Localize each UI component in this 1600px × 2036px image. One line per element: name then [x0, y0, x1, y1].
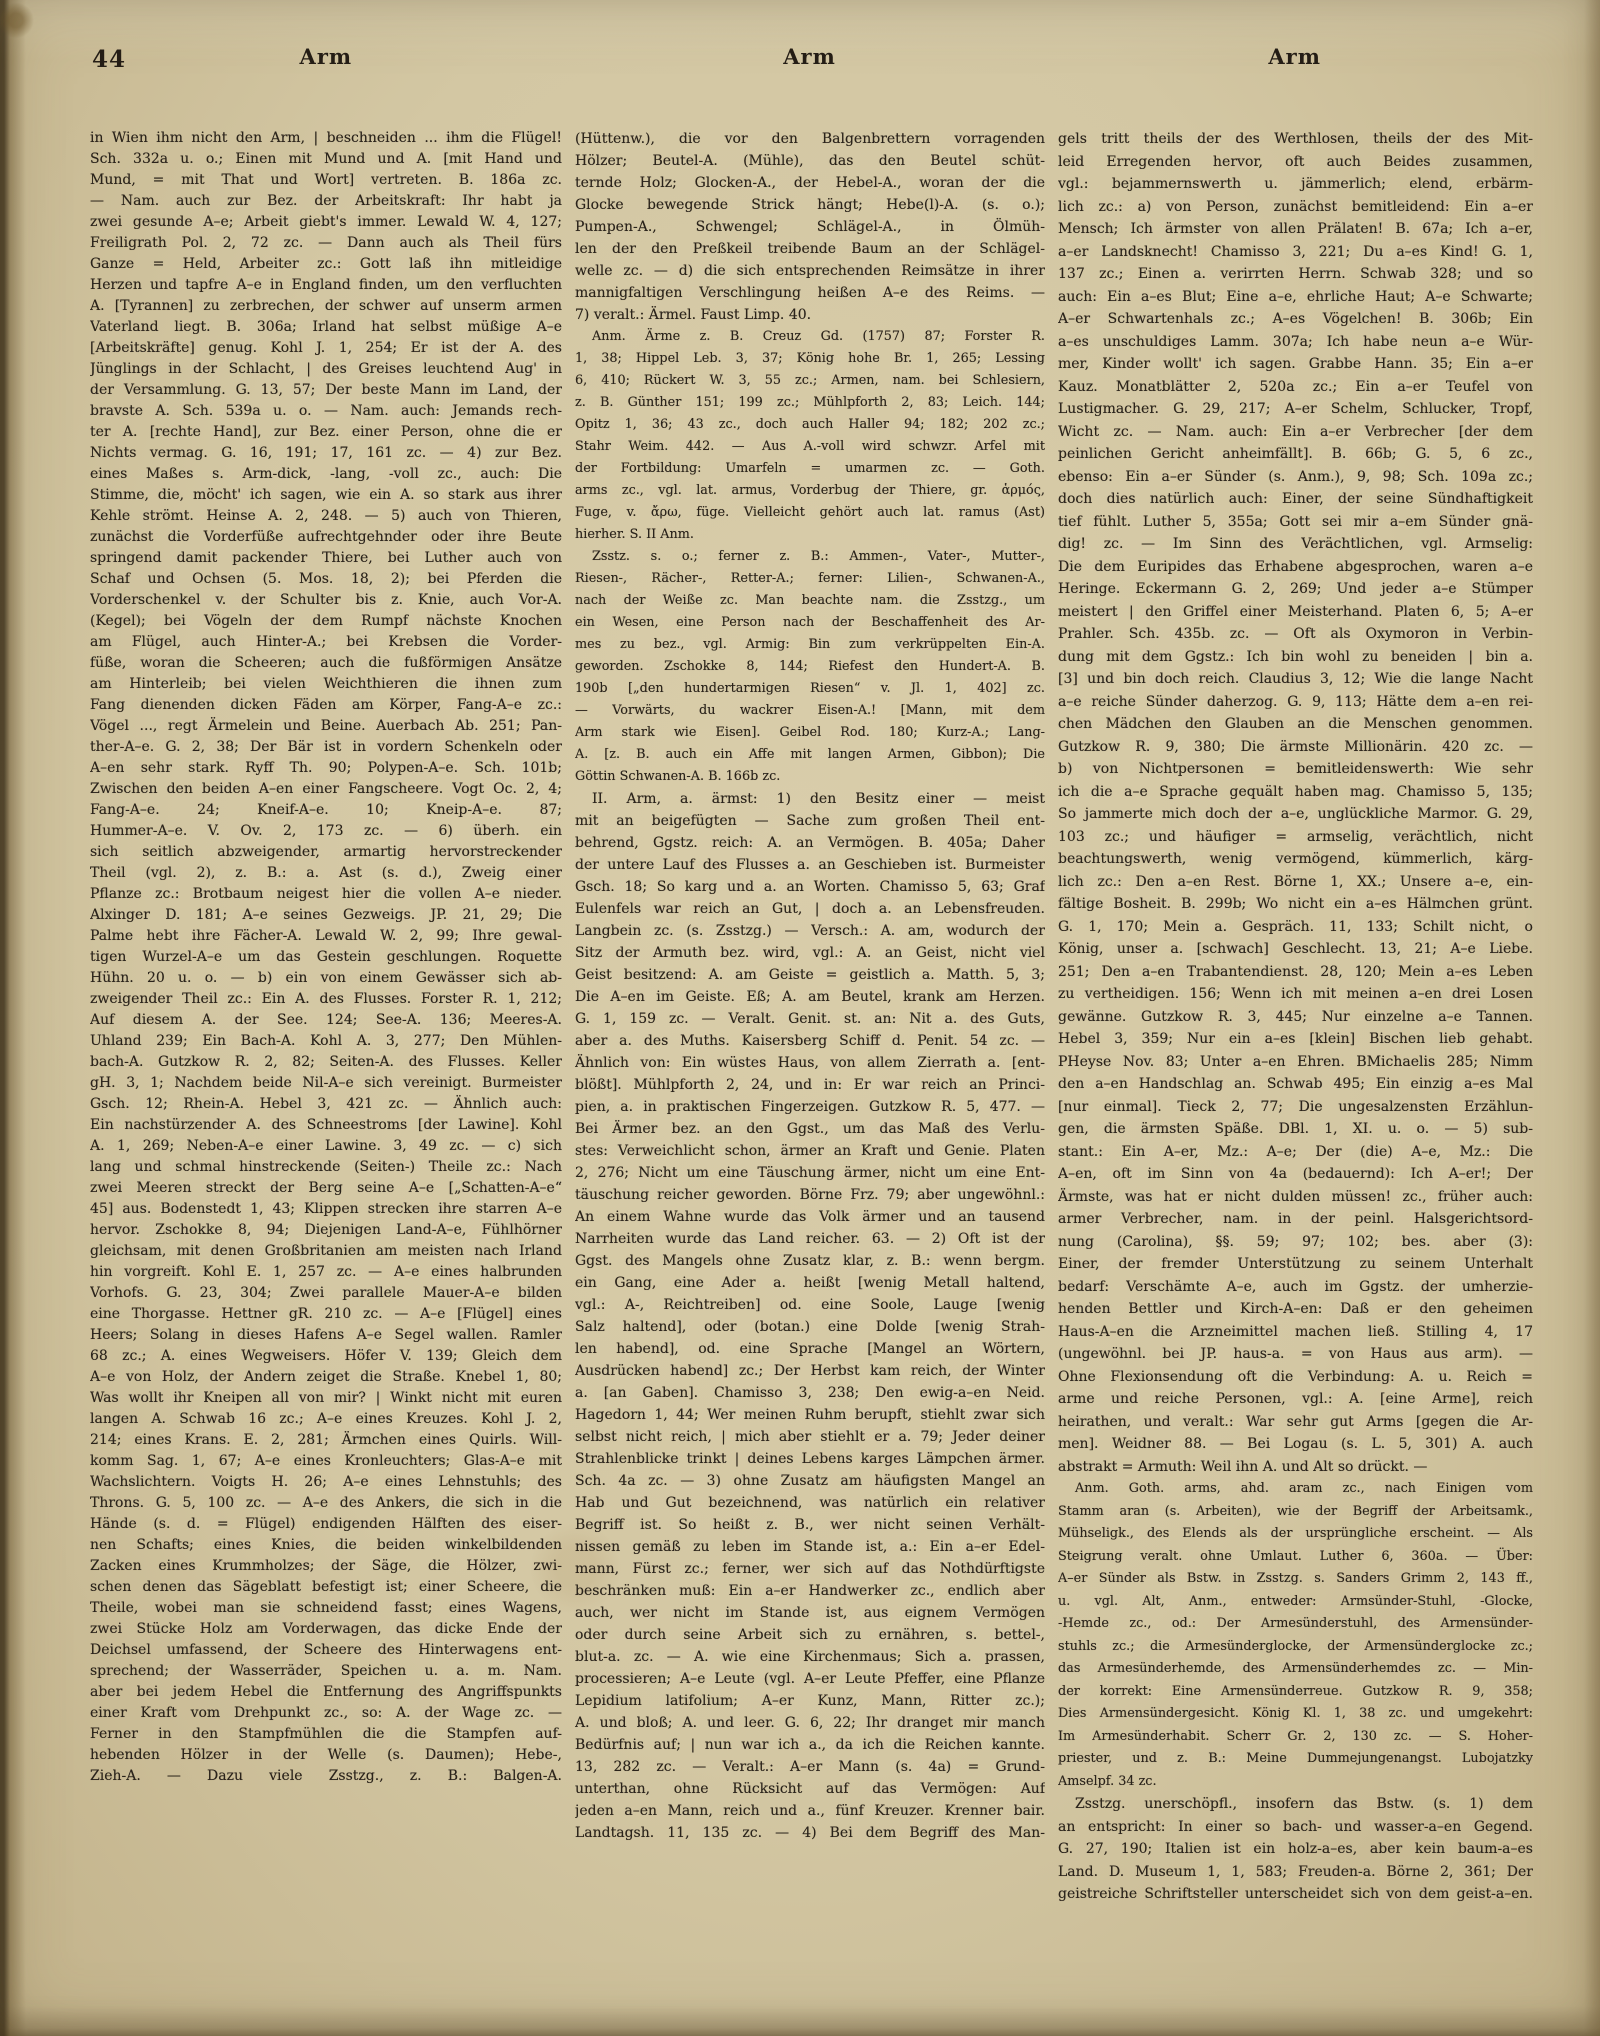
- text-line: ein Gang, eine Ader a. heißt [wenig Meta…: [575, 1272, 1045, 1294]
- text-line: A–en sehr stark. Ryff Th. 90; Polypen-A–…: [90, 758, 562, 779]
- text-line: peinlichen Gericht anheimfällt]. B. 66b;…: [1058, 443, 1533, 466]
- text-line: einer Kraft vom Drehpunkt zc., so: A. de…: [90, 1703, 562, 1724]
- text-line: -Hemde zc., od.: Der Armesünderstuhl, de…: [1058, 1613, 1533, 1636]
- text-line: fältige Bosheit. B. 299b; Wo nicht ein a…: [1058, 893, 1533, 916]
- text-line: An einem Wahne wurde das Volk ärmer und …: [575, 1206, 1045, 1228]
- text-line: Herzen und tapfre A–e in England finden,…: [90, 275, 562, 296]
- text-line: 1, 38; Hippel Leb. 3, 37; König hohe Br.…: [575, 348, 1045, 370]
- text-line: G. 1, 170; Mein a. Gespräch. 11, 133; Sc…: [1058, 916, 1533, 939]
- text-line: G. 1, 159 zc. — Veralt. Genit. st. an: N…: [575, 1008, 1045, 1030]
- text-line: Vorderschenkel v. der Schulter bis z. Kn…: [90, 590, 562, 611]
- text-line: b) von Nichtpersonen = bemitleidenswerth…: [1058, 758, 1533, 781]
- text-column-2: (Hüttenw.), die vor den Balgenbrettern v…: [575, 128, 1045, 1906]
- text-line: A–e von Holz, der Andern zeiget die Stra…: [90, 1367, 562, 1388]
- text-line: PHeyse Nov. 83; Unter a–en Ehren. BMicha…: [1058, 1051, 1533, 1074]
- text-line: Bedürfnis auf; | nun war ich a., da ich …: [575, 1734, 1045, 1756]
- text-line: springend damit packender Thiere, bei Lu…: [90, 548, 562, 569]
- text-line: komm Sag. 1, 67; A–e eines Kronleuchters…: [90, 1451, 562, 1472]
- text-line: zunächst die Vorderfüße aufrechtgehnder …: [90, 527, 562, 548]
- text-line: mit an beigefügten — Sache zum großen Th…: [575, 810, 1045, 832]
- text-line: behrend, Ggstz. reich: A. an Vermögen. B…: [575, 832, 1045, 854]
- text-line: Theil (vgl. 2), z. B.: a. Ast (s. d.), Z…: [90, 863, 562, 884]
- text-line: auch: Ein a–es Blut; Eine a–e, ehrliche …: [1058, 286, 1533, 309]
- text-line: arms zc., vgl. lat. armus, Vorderbug der…: [575, 480, 1045, 502]
- text-line: Steigrung veralt. ohne Umlaut. Luther 6,…: [1058, 1546, 1533, 1569]
- text-line: bravste A. Sch. 539a u. o. — Nam. auch: …: [90, 401, 562, 422]
- text-line: Göttin Schwanen-A. B. 166b zc.: [575, 766, 1045, 788]
- text-line: Alxinger D. 181; A–e seines Gezweigs. JP…: [90, 905, 562, 926]
- text-line: zwei Stücke Holz am Vorderwagen, das dic…: [90, 1619, 562, 1640]
- text-line: [3] und bin doch reich. Claudius 3, 12; …: [1058, 668, 1533, 691]
- text-line: gleichsam, mit denen Großbritanien am me…: [90, 1241, 562, 1262]
- text-line: 6, 410; Rückert W. 3, 55 zc.; Armen, nam…: [575, 370, 1045, 392]
- text-line: mann, Fürst zc.; ferner, wer sich auf da…: [575, 1558, 1045, 1580]
- paragraph: gels tritt theils der des Werthlosen, th…: [1058, 128, 1533, 1478]
- text-line: in Wien ihm nicht den Arm, | beschneiden…: [90, 128, 562, 149]
- text-line: vgl.: A-, Reichtreiben] od. eine Soole, …: [575, 1294, 1045, 1316]
- text-line: Die A–en im Geiste. Eß; A. am Beutel, kr…: [575, 986, 1045, 1008]
- text-line: tigen Wurzel-A–e um das Gestein geschlun…: [90, 947, 562, 968]
- text-line: Deichsel umfassend, der Scheere des Hint…: [90, 1640, 562, 1661]
- text-line: Zacken eines Krummholzes; der Säge, die …: [90, 1556, 562, 1577]
- text-line: a. [an Gaben]. Chamisso 3, 238; Den ewig…: [575, 1382, 1045, 1404]
- text-line: der korrekt: Eine Armensünderreue. Gutzk…: [1058, 1681, 1533, 1704]
- text-line: Wachslichtern. Voigts H. 26; A–e eines L…: [90, 1472, 562, 1493]
- text-line: Langbein zc. (s. Zsstzg.) — Versch.: A. …: [575, 920, 1045, 942]
- text-line: Fang dienenden dicken Fäden am Körper, F…: [90, 695, 562, 716]
- text-line: Heers; Solang in dieses Hafens A–e Segel…: [90, 1325, 562, 1346]
- text-line: Palme hebt ihre Fächer-A. Lewald W. 2, 9…: [90, 926, 562, 947]
- text-line: heirathen, und veralt.: War sehr gut Arm…: [1058, 1411, 1533, 1434]
- text-line: der untere Lauf des Flusses a. an Geschi…: [575, 854, 1045, 876]
- text-line: selbst nicht reich, | mich aber stiehlt …: [575, 1426, 1045, 1448]
- text-line: a–er Landsknecht! Chamisso 3, 221; Du a–…: [1058, 241, 1533, 264]
- text-line: Riesen-, Rächer-, Retter-A.; ferner: Lil…: [575, 568, 1045, 590]
- text-line: Strahlenblicke trinkt | deines Lebens ka…: [575, 1448, 1045, 1470]
- text-line: (Kegel); bei Vögeln der dem Rumpf nächst…: [90, 611, 562, 632]
- text-column-1: in Wien ihm nicht den Arm, | beschneiden…: [90, 128, 562, 1906]
- text-line: Sch. 332a u. o.; Einen mit Mund und A. […: [90, 149, 562, 170]
- text-line: Sch. 4a zc. — 3) ohne Zusatz am häufigst…: [575, 1470, 1045, 1492]
- text-line: ebenso: Ein a–er Sünder (s. Anm.), 9, 98…: [1058, 466, 1533, 489]
- text-line: Hagedorn 1, 44; Wer meinen Ruhm berupft,…: [575, 1404, 1045, 1426]
- text-line: 103 zc.; und häufiger = armselig, veräch…: [1058, 826, 1533, 849]
- text-line: Fang-A–e. 24; Kneif-A–e. 10; Kneip-A–e. …: [90, 800, 562, 821]
- text-columns: in Wien ihm nicht den Arm, | beschneiden…: [90, 128, 1533, 1906]
- text-line: a–e reiche Sünder daherzog. G. 9, 113; H…: [1058, 691, 1533, 714]
- text-line: blut-a. zc. — A. wie eine Kirchenmaus; S…: [575, 1646, 1045, 1668]
- text-line: Einer, der fremder Unterstützung zu sein…: [1058, 1253, 1533, 1276]
- text-line: Vaterland liegt. B. 306a; Irland hat sel…: [90, 317, 562, 338]
- text-line: bach-A. Gutzkow R. 2, 82; Seiten-A. des …: [90, 1052, 562, 1073]
- text-line: mer, Kinder wollt' ich sagen. Grabbe Han…: [1058, 353, 1533, 376]
- text-line: füße, woran die Scheeren; auch die fußfö…: [90, 653, 562, 674]
- text-line: gewänne. Gutzkow R. 3, 445; Nur einzelne…: [1058, 1006, 1533, 1029]
- text-line: gels tritt theils der des Werthlosen, th…: [1058, 128, 1533, 151]
- text-line: aber bei jedem Hebel die Entfernung des …: [90, 1682, 562, 1703]
- paragraph: Zsstz. s. o.; ferner z. B.: Ammen-, Vate…: [575, 546, 1045, 788]
- text-line: Vögel ..., regt Ärmelein und Beine. Auer…: [90, 716, 562, 737]
- text-line: beachtungswerth, wenig vermögend, kümmer…: [1058, 848, 1533, 871]
- paragraph: II. Arm, a. ärmst: 1) den Besitz einer —…: [575, 788, 1045, 1844]
- text-line: armer Verbrecher, nam. in der peinl. Hal…: [1058, 1208, 1533, 1231]
- text-line: hervor. Zschokke 8, 94; Diejenigen Land-…: [90, 1220, 562, 1241]
- text-line: lich zc.: Den a–en Rest. Börne 1, XX.; U…: [1058, 871, 1533, 894]
- text-line: Stimme, die, möcht' ich sagen, wie ein A…: [90, 485, 562, 506]
- paragraph: in Wien ihm nicht den Arm, | beschneiden…: [90, 128, 562, 1787]
- text-line: aber a. des Muths. Kaisersberg Schiff d.…: [575, 1030, 1045, 1052]
- text-line: König, unser a. [schwach] Geschlecht. 13…: [1058, 938, 1533, 961]
- text-line: Hölzer; Beutel-A. (Mühle), das den Beute…: [575, 150, 1045, 172]
- text-line: Pumpen-A., Schwengel; Schlägel-A., in Öl…: [575, 216, 1045, 238]
- text-line: Opitz 1, 36; 43 zc., doch auch Haller 94…: [575, 414, 1045, 436]
- text-line: 68 zc.; A. eines Wegweisers. Höfer V. 13…: [90, 1346, 562, 1367]
- text-line: vgl.: bejammernswerth u. jämmerlich; ele…: [1058, 173, 1533, 196]
- text-line: sprechend; der Wasserräder, Speichen u. …: [90, 1661, 562, 1682]
- text-line: nissen gemäß zu leben im Stande ist, a.:…: [575, 1536, 1045, 1558]
- text-line: Gsch. 18; So karg und a. an Worten. Cham…: [575, 876, 1045, 898]
- text-line: Auf diesem A. der See. 124; See-A. 136; …: [90, 1010, 562, 1031]
- text-line: Landtagsh. 11, 135 zc. — 4) Bei dem Begr…: [575, 1822, 1045, 1844]
- text-line: 7) veralt.: Ärmel. Faust Limp. 40.: [575, 304, 1045, 326]
- text-line: Pflanze zc.: Brotbaum neigest hier die v…: [90, 884, 562, 905]
- text-line: Sitz der Armuth bez. wird, vgl.: A. an G…: [575, 942, 1045, 964]
- text-line: ter A. [rechte Hand], zur Bez. einer Per…: [90, 422, 562, 443]
- text-line: Begriff ist. So heißt z. B., wer nicht s…: [575, 1514, 1045, 1536]
- text-line: stant.: Ein A–er, Mz.: A–e; Der (die) A–…: [1058, 1141, 1533, 1164]
- text-line: Freiligrath Pol. 2, 72 zc. — Dann auch a…: [90, 233, 562, 254]
- text-line: an entspricht: In einer so bach- und was…: [1058, 1816, 1533, 1839]
- text-line: Mensch; Ich ärmster von allen Prälaten! …: [1058, 218, 1533, 241]
- scanned-dictionary-page: 44 Arm Arm Arm in Wien ihm nicht den Arm…: [0, 0, 1600, 2036]
- text-line: Zsstzg. unerschöpfl., insofern das Bstw.…: [1058, 1793, 1533, 1816]
- text-line: Fuge, v. ἄρω, füge. Vielleicht gehört au…: [575, 502, 1045, 524]
- text-line: der Versammlung. G. 13, 57; Der beste Ma…: [90, 380, 562, 401]
- text-line: Kehle strömt. Heinse A. 2, 248. — 5) auc…: [90, 506, 562, 527]
- text-line: jeden a–en Mann, reich und a., fünf Kreu…: [575, 1800, 1045, 1822]
- text-line: bedarf: Verschämte A–e, auch im Ggstz. d…: [1058, 1276, 1533, 1299]
- text-line: ternde Holz; Glocken-A., der Hebel-A., w…: [575, 172, 1045, 194]
- text-line: zwei Meeren streckt der Berg seine A–e […: [90, 1178, 562, 1199]
- text-line: men]. Weidner 88. — Bei Logau (s. L. 5, …: [1058, 1433, 1533, 1456]
- text-line: Throns. G. 5, 100 zc. — A–e des Ankers, …: [90, 1493, 562, 1514]
- text-line: Ähnlich von: Ein wüstes Haus, von allem …: [575, 1052, 1045, 1074]
- text-line: dung mit dem Ggstz.: Ich bin wohl zu ben…: [1058, 646, 1533, 669]
- text-line: A–en, oft im Sinn von 4a (bedauernd): Ic…: [1058, 1163, 1533, 1186]
- text-line: Eulenfels war reich an Gut, | doch a. an…: [575, 898, 1045, 920]
- text-line: lang und schmal hinstreckende (Seiten-) …: [90, 1157, 562, 1178]
- text-line: Ein nachstürzender A. des Schneestroms […: [90, 1115, 562, 1136]
- text-line: unterthan, ohne Rücksicht auf das Vermög…: [575, 1778, 1045, 1800]
- text-line: lich zc.: a) von Person, zunächst bemitl…: [1058, 196, 1533, 219]
- text-line: A. 1, 269; Neben-A–e einer Lawine. 3, 49…: [90, 1136, 562, 1157]
- text-line: der Fortbildung: Umarfeln = umarmen zc. …: [575, 458, 1045, 480]
- text-line: henden Bettler und Kirch-A–en: Daß er de…: [1058, 1298, 1533, 1321]
- text-line: nung (Carolina), §§. 59; 97; 102; bes. a…: [1058, 1231, 1533, 1254]
- text-line: Nichts vermag. G. 16, 191; 17, 161 zc. —…: [90, 443, 562, 464]
- text-line: Im Armesünderhabit. Scherr Gr. 2, 130 zc…: [1058, 1726, 1533, 1749]
- text-line: zu vertheidigen. 156; Wenn ich mit meine…: [1058, 983, 1533, 1006]
- text-line: Vorhofs. G. 23, 304; Zwei parallele Maue…: [90, 1283, 562, 1304]
- text-line: 251; Den a–en Trabantendienst. 28, 120; …: [1058, 961, 1533, 984]
- text-line: stuhls zc.; die Armesünderglocke, der Ar…: [1058, 1636, 1533, 1659]
- text-line: Heringe. Eckermann G. 2, 269; Und jeder …: [1058, 578, 1533, 601]
- text-line: tief fühlt. Luther 5, 355a; Gott sei mir…: [1058, 511, 1533, 534]
- text-line: stes: Verweichlicht schon, ärmer an Kraf…: [575, 1140, 1045, 1162]
- text-line: [Arbeitskräfte] genug. Kohl J. 1, 254; E…: [90, 338, 562, 359]
- text-line: meistert | den Griffel einer Meisterhand…: [1058, 601, 1533, 624]
- text-line: u. vgl. Alt, Anm., entweder: Armsünder-S…: [1058, 1591, 1533, 1614]
- text-line: abstrakt = Armuth: Weil ihn A. und Alt s…: [1058, 1456, 1533, 1479]
- text-line: nach der Weiße zc. Man beachte nam. die …: [575, 590, 1045, 612]
- text-line: das Armesünderhemde, des Armensünderhemd…: [1058, 1658, 1533, 1681]
- text-line: ther-A–e. G. 2, 38; Der Bär ist in vorde…: [90, 737, 562, 758]
- text-line: hebenden Hölzer in der Welle (s. Daumen)…: [90, 1745, 562, 1766]
- text-line: Prahler. Sch. 435b. zc. — Oft als Oxymor…: [1058, 623, 1533, 646]
- text-line: 190b [„den hundertarmigen Riesen“ v. Jl.…: [575, 678, 1045, 700]
- text-line: Zwischen den beiden A–en einer Fangschee…: [90, 779, 562, 800]
- text-line: A–er Schwartenhals zc.; A–es Vögelchen! …: [1058, 308, 1533, 331]
- text-line: Ferner in den Stampfmühlen die die Stamp…: [90, 1724, 562, 1745]
- text-line: pien, a. in praktischen Fingerzeigen. Gu…: [575, 1096, 1045, 1118]
- text-line: zwei gesunde A–e; Arbeit giebt's immer. …: [90, 212, 562, 233]
- text-line: Theile, wobei man sie schneidend fasst; …: [90, 1598, 562, 1619]
- text-line: Anm. Goth. arms, ahd. aram zc., nach Ein…: [1058, 1478, 1533, 1501]
- text-line: Zieh-A. — Dazu viele Zsstzg., z. B.: Bal…: [90, 1766, 562, 1787]
- text-line: Ggst. des Mangels ohne Zusatz klar, z. B…: [575, 1250, 1045, 1272]
- text-line: Hab und Gut bezeichnend, was natürlich e…: [575, 1492, 1045, 1514]
- text-line: auch, wer nicht im Stande ist, aus eigne…: [575, 1602, 1045, 1624]
- text-line: oder durch seine Arbeit sich zu ernähren…: [575, 1624, 1045, 1646]
- text-line: Dies Armensündergesicht. König Kl. 1, 38…: [1058, 1703, 1533, 1726]
- text-line: sich seitlich abzweigender, armartig her…: [90, 842, 562, 863]
- text-line: — Vorwärts, du wackrer Eisen-A.! [Mann, …: [575, 700, 1045, 722]
- text-line: geworden. Zschokke 8, 144; Riefest den H…: [575, 656, 1045, 678]
- text-line: Glocke bewegende Strick hängt; Hebe(l)-A…: [575, 194, 1045, 216]
- text-line: Kauz. Monatblätter 2, 520a zc.; Ein a–er…: [1058, 376, 1533, 399]
- text-line: Stahr Weim. 442. — Aus A.-voll wird schw…: [575, 436, 1045, 458]
- text-line: len der den Preßkeil treibende Baum an d…: [575, 238, 1045, 260]
- text-line: priester, und z. B.: Meine Dummejungenan…: [1058, 1748, 1533, 1771]
- running-head-column-3: Arm: [1057, 44, 1532, 69]
- text-line: 45] aus. Bodenstedt 1, 43; Klippen strec…: [90, 1199, 562, 1220]
- text-line: II. Arm, a. ärmst: 1) den Besitz einer —…: [575, 788, 1045, 810]
- text-column-3: gels tritt theils der des Werthlosen, th…: [1058, 128, 1533, 1906]
- text-line: gen, die ärmsten Späße. DBl. 1, XI. u. o…: [1058, 1118, 1533, 1141]
- text-line: Anm. Ärme z. B. Creuz Gd. (1757) 87; For…: [575, 326, 1045, 348]
- text-line: eines Maßes s. Arm-dick, -lang, -voll zc…: [90, 464, 562, 485]
- text-line: hierher. S. II Anm.: [575, 524, 1045, 546]
- text-line: [nur einmal]. Tieck 2, 77; Die ungesalze…: [1058, 1096, 1533, 1119]
- text-line: len habend], od. eine Sprache [Mangel an…: [575, 1338, 1045, 1360]
- page-header: 44 Arm Arm Arm: [90, 44, 1532, 78]
- text-line: blößt]. Mühlpforth 2, 24, und in: Er war…: [575, 1074, 1045, 1096]
- text-line: Ärmste, was hat er nicht dulden müssen! …: [1058, 1186, 1533, 1209]
- text-line: Land. D. Museum 1, 1, 583; Freuden-a. Bö…: [1058, 1861, 1533, 1884]
- text-line: Mund, = mit That und Wort] vertreten. B.…: [90, 170, 562, 191]
- text-line: welle zc. — d) die sich entsprechenden R…: [575, 260, 1045, 282]
- text-line: Schaf und Ochsen (5. Mos. 18, 2); bei Pf…: [90, 569, 562, 590]
- text-line: hin vorgreift. Kohl E. 1, 257 zc. — A–e …: [90, 1262, 562, 1283]
- text-line: ich die a–e Sprache gequält haben mag. C…: [1058, 781, 1533, 804]
- text-line: zweigender Theil zc.: Ein A. des Flusses…: [90, 989, 562, 1010]
- text-line: Hühn. 20 u. o. — b) ein von einem Gewäss…: [90, 968, 562, 989]
- text-line: Geist besitzend: A. am Geiste = geistlic…: [575, 964, 1045, 986]
- paragraph: Anm. Ärme z. B. Creuz Gd. (1757) 87; For…: [575, 326, 1045, 546]
- text-line: Amselpf. 34 zc.: [1058, 1771, 1533, 1794]
- text-line: Wicht zc. — Nam. auch: Ein a–er Verbrech…: [1058, 421, 1533, 444]
- text-line: am Hinterleib; bei vielen Weichthieren d…: [90, 674, 562, 695]
- text-line: Bei Ärmer bez. an den Ggst., um das Maß …: [575, 1118, 1045, 1140]
- text-line: Haus-A–en die Arzneimittel machen ließ. …: [1058, 1321, 1533, 1344]
- text-line: 214; eines Krans. E. 2, 281; Ärmchen ein…: [90, 1430, 562, 1451]
- text-line: mes zu bez., vgl. Armig: Bin zum verkrüp…: [575, 634, 1045, 656]
- text-line: z. B. Günther 151; 199 zc.; Mühlpforth 2…: [575, 392, 1045, 414]
- running-head-column-1: Arm: [90, 44, 562, 69]
- text-line: doch dies natürlich auch: Einer, der sei…: [1058, 488, 1533, 511]
- text-line: arme und reiche Personen, vgl.: A. [eine…: [1058, 1388, 1533, 1411]
- text-line: 137 zc.; Einen a. verirrten Herrn. Schwa…: [1058, 263, 1533, 286]
- text-line: chen Mädchen den Glauben an die Menschen…: [1058, 713, 1533, 736]
- paragraph: (Hüttenw.), die vor den Balgenbrettern v…: [575, 128, 1045, 326]
- running-heads: Arm Arm Arm: [90, 44, 1532, 69]
- text-line: geistreiche Schriftsteller unterscheidet…: [1058, 1883, 1533, 1906]
- text-line: am Flügel, auch Hinter-A.; bei Krebsen d…: [90, 632, 562, 653]
- text-line: A. [z. B. auch ein Affe mit langen Armen…: [575, 744, 1045, 766]
- text-line: Narrheiten wurde das Land reicher. 63. —…: [575, 1228, 1045, 1250]
- text-line: Hände (s. d. = Flügel) endigenden Hälfte…: [90, 1514, 562, 1535]
- text-line: Gutzkow R. 9, 380; Die ärmste Millionäri…: [1058, 736, 1533, 759]
- text-line: mannigfaltigen Verschlingung heißen A–e …: [575, 282, 1045, 304]
- text-line: täuschung reicher geworden. Börne Frz. 7…: [575, 1184, 1045, 1206]
- text-line: Salz haltend], oder (botan.) eine Dolde …: [575, 1316, 1045, 1338]
- text-line: A–er Sünder als Bstw. in Zsstzg. s. Sand…: [1058, 1568, 1533, 1591]
- text-line: 13, 282 zc. — Veralt.: A–er Mann (s. 4a)…: [575, 1756, 1045, 1778]
- text-line: Arm stark wie Eisen]. Geibel Rod. 180; K…: [575, 722, 1045, 744]
- text-line: den a–en Handschlag an. Schwab 495; Ein …: [1058, 1073, 1533, 1096]
- text-line: nen Schafts; eines Knies, die beiden win…: [90, 1535, 562, 1556]
- text-line: Ganze = Held, Arbeiter zc.: Gott laß ihn…: [90, 254, 562, 275]
- text-line: schen denen das Sägeblatt befestigt ist;…: [90, 1577, 562, 1598]
- text-line: Gsch. 12; Rhein-A. Hebel 3, 421 zc. — Äh…: [90, 1094, 562, 1115]
- text-line: Mühseligk., des Elends als der ursprüngl…: [1058, 1523, 1533, 1546]
- text-line: dig! zc. — Im Sinn des Verächtlichen, vg…: [1058, 533, 1533, 556]
- text-line: langen A. Schwab 16 zc.; A–e eines Kreuz…: [90, 1409, 562, 1430]
- text-line: beschränken muß: Ein a–er Handwerker zc.…: [575, 1580, 1045, 1602]
- text-line: 2, 276; Nicht um eine Täuschung ärmer, n…: [575, 1162, 1045, 1184]
- page-number: 44: [92, 46, 126, 73]
- text-line: Ohne Flexionsendung oft die Verbindung: …: [1058, 1366, 1533, 1389]
- text-line: leid Erregenden hervor, oft auch Beides …: [1058, 151, 1533, 174]
- text-line: Uhland 239; Ein Bach-A. Kohl A. 3, 277; …: [90, 1031, 562, 1052]
- text-line: gH. 3, 1; Nachdem beide Nil-A–e sich ver…: [90, 1073, 562, 1094]
- text-line: Zsstz. s. o.; ferner z. B.: Ammen-, Vate…: [575, 546, 1045, 568]
- text-line: Die dem Euripides das Erhabene abgesproc…: [1058, 556, 1533, 579]
- text-line: Jünglings in der Schlacht, | des Greises…: [90, 359, 562, 380]
- text-line: ein Wesen, eine Person nach der Beschaff…: [575, 612, 1045, 634]
- text-line: G. 27, 190; Italien ist ein holz-a–es, a…: [1058, 1838, 1533, 1861]
- text-line: Stamm aran (s. Arbeiten), wie der Begrif…: [1058, 1501, 1533, 1524]
- text-line: Hummer-A–e. V. Ov. 2, 173 zc. — 6) überh…: [90, 821, 562, 842]
- paragraph: Zsstzg. unerschöpfl., insofern das Bstw.…: [1058, 1793, 1533, 1906]
- text-line: Lustigmacher. G. 29, 217; A–er Schelm, S…: [1058, 398, 1533, 421]
- text-line: processieren; A–e Leute (vgl. A–er Leute…: [575, 1668, 1045, 1690]
- text-line: A. [Tyrannen] zu zerbrechen, der schwer …: [90, 296, 562, 317]
- paragraph: Anm. Goth. arms, ahd. aram zc., nach Ein…: [1058, 1478, 1533, 1793]
- text-line: So jammerte mich doch der a–e, unglückli…: [1058, 803, 1533, 826]
- text-line: (ungewöhnl. bei JP. haus-a. = von Haus a…: [1058, 1343, 1533, 1366]
- text-line: Was wollt ihr Kneipen all von mir? | Win…: [90, 1388, 562, 1409]
- running-head-column-2: Arm: [575, 44, 1045, 69]
- text-line: — Nam. auch zur Bez. der Arbeitskraft: I…: [90, 191, 562, 212]
- text-line: Lepidium latifolium; A–er Kunz, Mann, Ri…: [575, 1690, 1045, 1712]
- text-line: Hebel 3, 359; Nur ein a–es [klein] Bisch…: [1058, 1028, 1533, 1051]
- text-line: a–es unschuldiges Lamm. 307a; Ich habe n…: [1058, 331, 1533, 354]
- text-line: A. und bloß; A. und leer. G. 6, 22; Ihr …: [575, 1712, 1045, 1734]
- text-line: Ausdrücken habend] zc.; Der Herbst kam r…: [575, 1360, 1045, 1382]
- text-line: eine Thorgasse. Hettner gR. 210 zc. — A–…: [90, 1304, 562, 1325]
- text-line: (Hüttenw.), die vor den Balgenbrettern v…: [575, 128, 1045, 150]
